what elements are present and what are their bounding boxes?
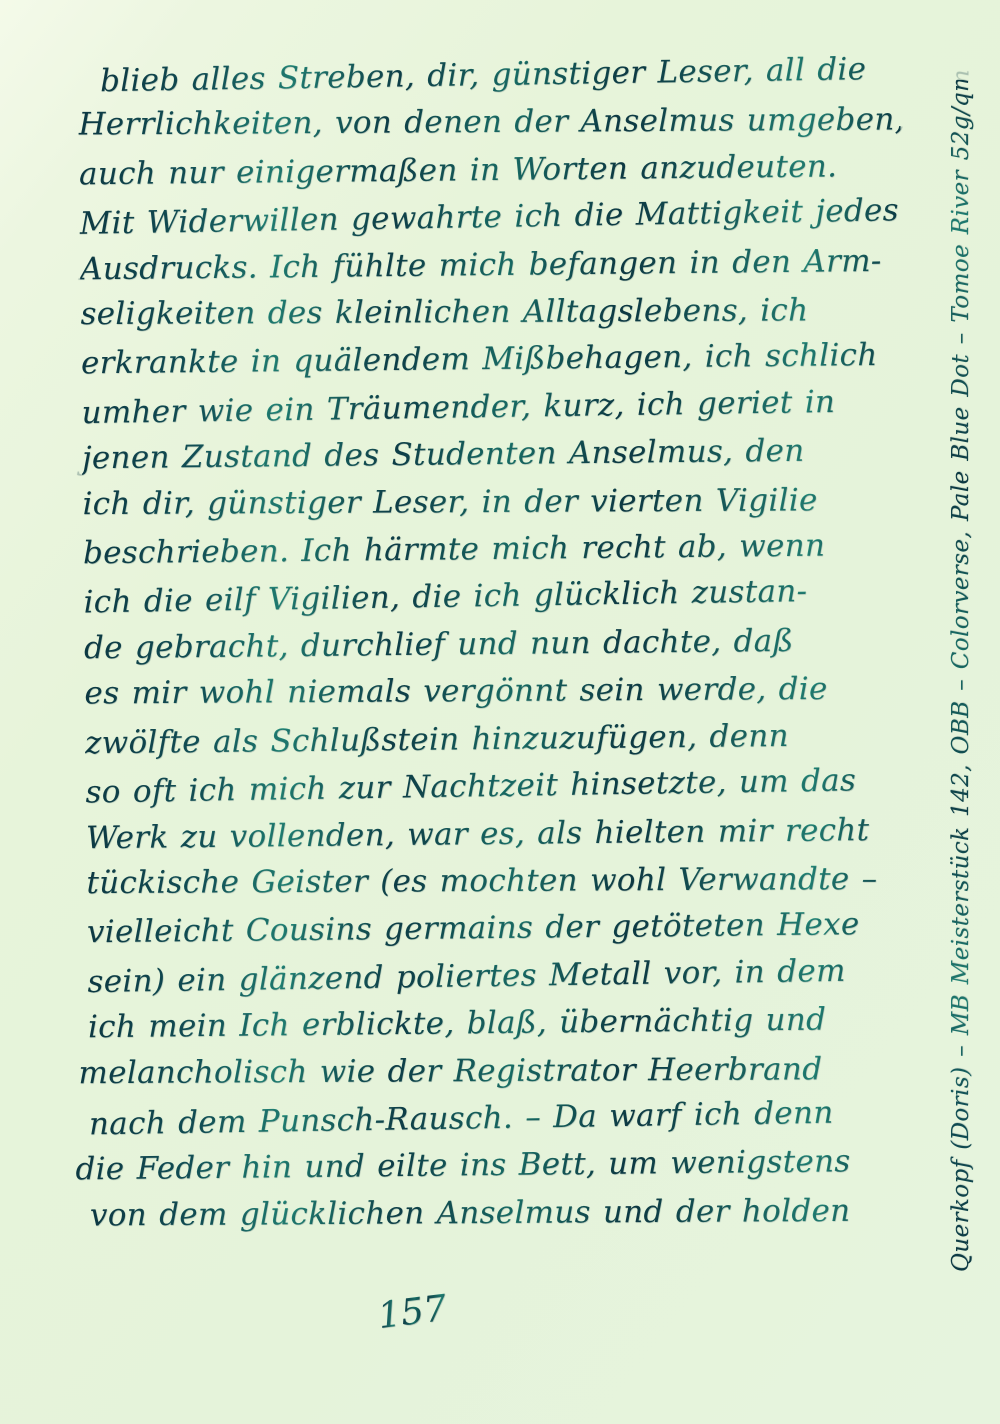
handwritten-line: de gebracht, durchlief und nun dachte, d… <box>84 617 906 673</box>
handwritten-line: melancholisch wie der Registrator Heerbr… <box>78 1045 910 1097</box>
margin-caption-pen-ink-paper: Querkopf (Doris) – MB Meisterstück 142, … <box>948 80 990 1272</box>
handwritten-line: tückische Geister (es mochten wohl Verwa… <box>86 856 908 908</box>
handwritten-line: von dem glücklichen Anselmus und der hol… <box>90 1187 912 1239</box>
page-number: 157 <box>376 1288 449 1337</box>
handwritten-page: blieb alles Streben, dir, günstiger Lese… <box>0 0 1000 1424</box>
handwriting-text-block: blieb alles Streben, dir, günstiger Lese… <box>78 48 912 1242</box>
handwritten-line: seligkeiten des kleinlichen Alltagsleben… <box>80 287 902 339</box>
handwritten-line: ich dir, günstiger Leser, in der vierten… <box>82 477 904 529</box>
handwritten-line: Herrlichkeiten, von denen der Anselmus u… <box>78 97 900 149</box>
handwritten-line: es mir wohl niemals vergönnt sein werde,… <box>84 666 906 718</box>
